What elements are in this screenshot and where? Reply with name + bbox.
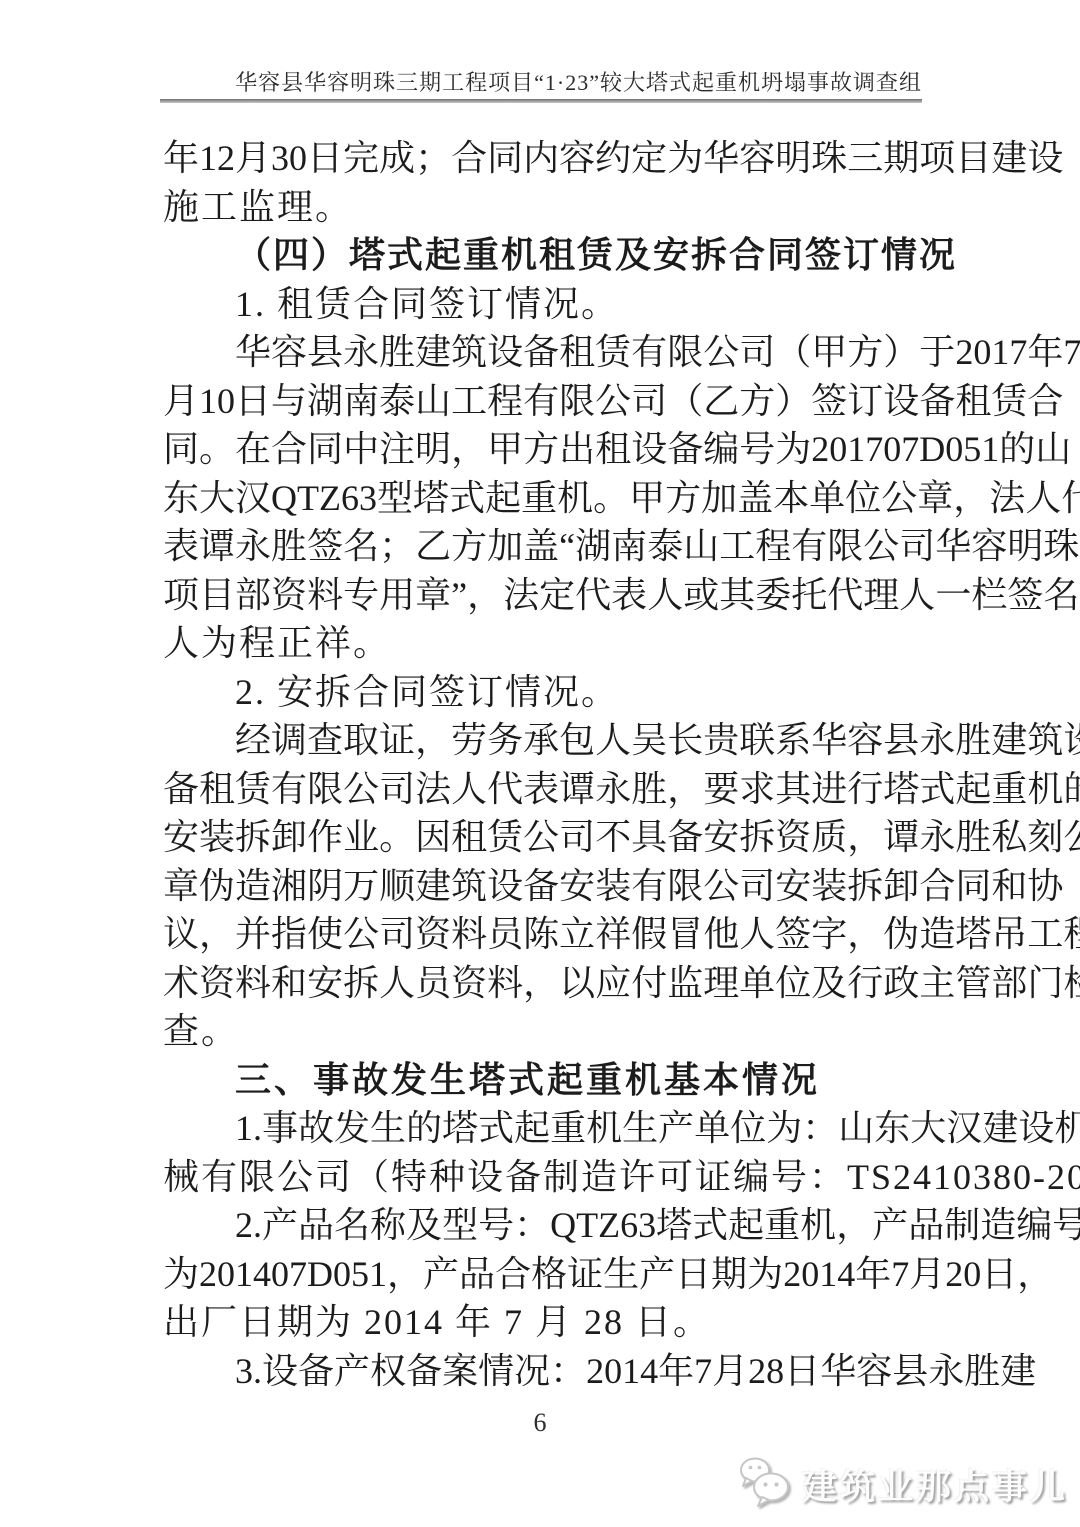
- document-body: 年12月30日完成；合同内容约定为华容明珠三期项目建设施工监理。（四）塔式起重机…: [163, 134, 920, 1395]
- text-line: 械有限公司（特种设备制造许可证编号：TS2410380-2016）；: [163, 1153, 920, 1202]
- text-line: 备租赁有限公司法人代表谭永胜，要求其进行塔式起重机的: [163, 765, 920, 814]
- wechat-icon: [738, 1456, 794, 1515]
- text-line: 年12月30日完成；合同内容约定为华容明珠三期项目建设: [163, 134, 920, 183]
- text-line: 查。: [163, 1007, 920, 1056]
- text-line: 人为程正祥。: [163, 619, 920, 668]
- text-line: 2. 安拆合同签订情况。: [163, 668, 920, 717]
- text-line: 安装拆卸作业。因租赁公司不具备安拆资质，谭永胜私刻公: [163, 813, 920, 862]
- text-line: 3.设备产权备案情况：2014年7月28日华容县永胜建: [163, 1347, 920, 1396]
- text-line: 为201407D051，产品合格证生产日期为2014年7月20日，: [163, 1250, 920, 1299]
- watermark-label: 建筑业那点事儿: [802, 1460, 1068, 1510]
- text-line: 月10日与湖南泰山工程有限公司（乙方）签订设备租赁合: [163, 377, 920, 426]
- text-line: 华容县永胜建筑设备租赁有限公司（甲方）于2017年7: [163, 328, 920, 377]
- text-line: 出厂日期为 2014 年 7 月 28 日。: [163, 1298, 920, 1347]
- text-line: 三、事故发生塔式起重机基本情况: [163, 1056, 920, 1105]
- header-rule: [160, 99, 922, 103]
- text-line: 章伪造湘阴万顺建筑设备安装有限公司安装拆卸合同和协: [163, 862, 920, 911]
- text-line: 经调查取证，劳务承包人吴长贵联系华容县永胜建筑设: [163, 716, 920, 765]
- text-line: 2.产品名称及型号：QTZ63塔式起重机，产品制造编号: [163, 1201, 920, 1250]
- watermark: 建筑业那点事儿: [738, 1456, 1068, 1514]
- text-line: 术资料和安拆人员资料，以应付监理单位及行政主管部门检: [163, 959, 920, 1008]
- text-line: 议，并指使公司资料员陈立祥假冒他人签字，伪造塔吊工程技: [163, 910, 920, 959]
- text-line: 1.事故发生的塔式起重机生产单位为：山东大汉建设机: [163, 1104, 920, 1153]
- text-line: 项目部资料专用章”，法定代表人或其委托代理人一栏签名: [163, 571, 920, 620]
- page-number: 6: [0, 1408, 1080, 1438]
- text-line: 施工监理。: [163, 183, 920, 232]
- document-page: 华容县华容明珠三期工程项目“1·23”较大塔式起重机坍塌事故调查组 年12月30…: [0, 0, 1080, 1527]
- text-line: （四）塔式起重机租赁及安拆合同签订情况: [163, 231, 920, 280]
- text-line: 东大汉QTZ63型塔式起重机。甲方加盖本单位公章，法人代: [163, 474, 920, 523]
- text-line: 1. 租赁合同签订情况。: [163, 280, 920, 329]
- text-line: 同。在合同中注明，甲方出租设备编号为201707D051的山: [163, 425, 920, 474]
- text-line: 表谭永胜签名；乙方加盖“湖南泰山工程有限公司华容明珠: [163, 522, 920, 571]
- page-header-title: 华容县华容明珠三期工程项目“1·23”较大塔式起重机坍塌事故调查组: [163, 66, 922, 97]
